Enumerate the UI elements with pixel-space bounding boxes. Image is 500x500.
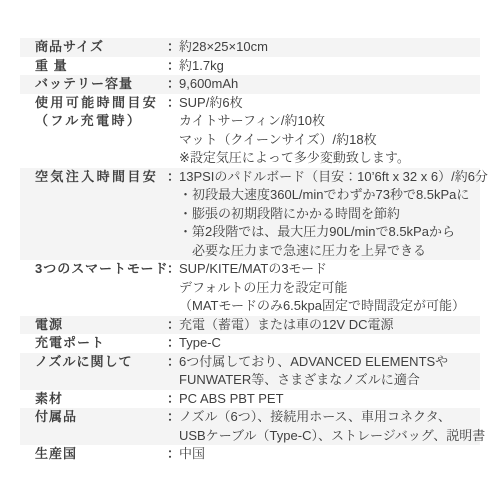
spec-label-line: 3つのスマートモード xyxy=(35,260,167,279)
spec-colon-separator: ： xyxy=(167,408,179,427)
spec-value-line: PC ABS PBT PET xyxy=(179,390,480,409)
product-spec-table: 商品サイズ ： 約28×25×10cm 重 量 ： 約1.7kg バッテリー容量… xyxy=(20,38,480,464)
spec-value-line: 9,600mAh xyxy=(179,75,480,94)
spec-value-line: USBケーブル（Type-C）、ストレージバッグ、説明書 xyxy=(179,427,485,446)
spec-label-line: ノズルに関して xyxy=(35,353,167,372)
spec-row: 電源 ： 充電（蓄電）または車の12V DC電源 xyxy=(20,316,480,335)
spec-colon-separator: ： xyxy=(167,353,179,372)
spec-value: 中国 xyxy=(179,445,480,464)
spec-label: ノズルに関して xyxy=(20,353,167,372)
spec-row: 素材 ： PC ABS PBT PET xyxy=(20,390,480,409)
spec-value-line: （MATモードのみ6.5kpa固定で時間設定が可能） xyxy=(179,297,480,316)
spec-row: 生産国 ： 中国 xyxy=(20,445,480,464)
spec-label-line: 充電ポート xyxy=(35,334,167,353)
spec-label: 3つのスマートモード xyxy=(20,260,167,279)
spec-value-line: 中国 xyxy=(179,445,480,464)
spec-value: SUP/KITE/MATの3モードデフォルトの圧力を設定可能（MATモードのみ6… xyxy=(179,260,480,316)
spec-colon-separator: ： xyxy=(167,390,179,409)
spec-value-line: マット（クイーンサイズ）/約18枚 xyxy=(179,131,480,150)
spec-row: 3つのスマートモード ： SUP/KITE/MATの3モードデフォルトの圧力を設… xyxy=(20,260,480,316)
spec-label: 使用可能時間目安（フル充電時） xyxy=(20,94,167,131)
spec-label: 重 量 xyxy=(20,57,167,76)
spec-value-line: ※設定気圧によって多少変動致します。 xyxy=(179,149,480,168)
spec-row: 空気注入時間目安 ： 13PSIのパドルボード（目安：10’6ft x 32 x… xyxy=(20,168,480,261)
spec-value: 6つ付属しており、ADVANCED ELEMENTSやFUNWATER等、さまざ… xyxy=(179,353,480,390)
spec-value: PC ABS PBT PET xyxy=(179,390,480,409)
spec-label: 付属品 xyxy=(20,408,167,427)
spec-label: バッテリー容量 xyxy=(20,75,167,94)
spec-value-line: FUNWATER等、さまざまなノズルに適合 xyxy=(179,371,480,390)
spec-colon-separator: ： xyxy=(167,334,179,353)
spec-label: 商品サイズ xyxy=(20,38,167,57)
spec-value-line: 約28×25×10cm xyxy=(179,38,480,57)
spec-value-line: 充電（蓄電）または車の12V DC電源 xyxy=(179,316,480,335)
spec-value-line: 約1.7kg xyxy=(179,57,480,76)
spec-value-line: ・第2段階では、最大圧力90L/minで8.5kPaから xyxy=(179,223,488,242)
spec-label: 生産国 xyxy=(20,445,167,464)
spec-row: 使用可能時間目安（フル充電時） ： SUP/約6枚カイトサーフィン/約10枚マッ… xyxy=(20,94,480,168)
spec-colon-separator: ： xyxy=(167,57,179,76)
spec-colon-separator: ： xyxy=(167,316,179,335)
spec-value-line: 6つ付属しており、ADVANCED ELEMENTSや xyxy=(179,353,480,372)
spec-label: 素材 xyxy=(20,390,167,409)
spec-label-line: バッテリー容量 xyxy=(35,75,167,94)
spec-value: 9,600mAh xyxy=(179,75,480,94)
spec-value-line: ・膨張の初期段階にかかる時間を節約 xyxy=(179,205,488,224)
spec-value-line: SUP/約6枚 xyxy=(179,94,480,113)
spec-colon-separator: ： xyxy=(167,94,179,113)
spec-colon-separator: ： xyxy=(167,168,179,187)
spec-label: 充電ポート xyxy=(20,334,167,353)
spec-row: 重 量 ： 約1.7kg xyxy=(20,57,480,76)
spec-label-line: 付属品 xyxy=(35,408,167,427)
spec-row: ノズルに関して ： 6つ付属しており、ADVANCED ELEMENTSやFUN… xyxy=(20,353,480,390)
spec-value-line: ノズル（6つ）、接続用ホース、車用コネクタ、 xyxy=(179,408,485,427)
spec-value-line: カイトサーフィン/約10枚 xyxy=(179,112,480,131)
spec-label-line: 重 量 xyxy=(35,57,167,76)
spec-value-line: 必要な圧力まで急速に圧力を上昇できる xyxy=(179,242,488,261)
spec-colon-separator: ： xyxy=(167,38,179,57)
spec-row: 充電ポート ： Type-C xyxy=(20,334,480,353)
spec-row: 付属品 ： ノズル（6つ）、接続用ホース、車用コネクタ、USBケーブル（Type… xyxy=(20,408,480,445)
spec-colon-separator: ： xyxy=(167,445,179,464)
spec-row: バッテリー容量 ： 9,600mAh xyxy=(20,75,480,94)
spec-label-line: （フル充電時） xyxy=(35,112,167,131)
spec-label: 電源 xyxy=(20,316,167,335)
spec-value: 13PSIのパドルボード（目安：10’6ft x 32 x 6）/約6分・初段最… xyxy=(179,168,488,261)
spec-value: 充電（蓄電）または車の12V DC電源 xyxy=(179,316,480,335)
spec-value: SUP/約6枚カイトサーフィン/約10枚マット（クイーンサイズ）/約18枚※設定… xyxy=(179,94,480,168)
spec-value-line: 13PSIのパドルボード（目安：10’6ft x 32 x 6）/約6分 xyxy=(179,168,488,187)
spec-label-line: 生産国 xyxy=(35,445,167,464)
spec-value-line: SUP/KITE/MATの3モード xyxy=(179,260,480,279)
spec-colon-separator: ： xyxy=(167,75,179,94)
spec-label-line: 使用可能時間目安 xyxy=(35,94,167,113)
spec-label-line: 電源 xyxy=(35,316,167,335)
spec-label-line: 素材 xyxy=(35,390,167,409)
spec-value: 約28×25×10cm xyxy=(179,38,480,57)
spec-value: ノズル（6つ）、接続用ホース、車用コネクタ、USBケーブル（Type-C）、スト… xyxy=(179,408,485,445)
spec-label-line: 商品サイズ xyxy=(35,38,167,57)
spec-value: Type-C xyxy=(179,334,480,353)
spec-row: 商品サイズ ： 約28×25×10cm xyxy=(20,38,480,57)
spec-label-line: 空気注入時間目安 xyxy=(35,168,167,187)
spec-value-line: ・初段最大速度360L/minでわずか73秒で8.5kPaに xyxy=(179,186,488,205)
spec-label: 空気注入時間目安 xyxy=(20,168,167,187)
spec-colon-separator: ： xyxy=(167,260,179,279)
spec-value-line: Type-C xyxy=(179,334,480,353)
spec-value: 約1.7kg xyxy=(179,57,480,76)
spec-value-line: デフォルトの圧力を設定可能 xyxy=(179,279,480,298)
